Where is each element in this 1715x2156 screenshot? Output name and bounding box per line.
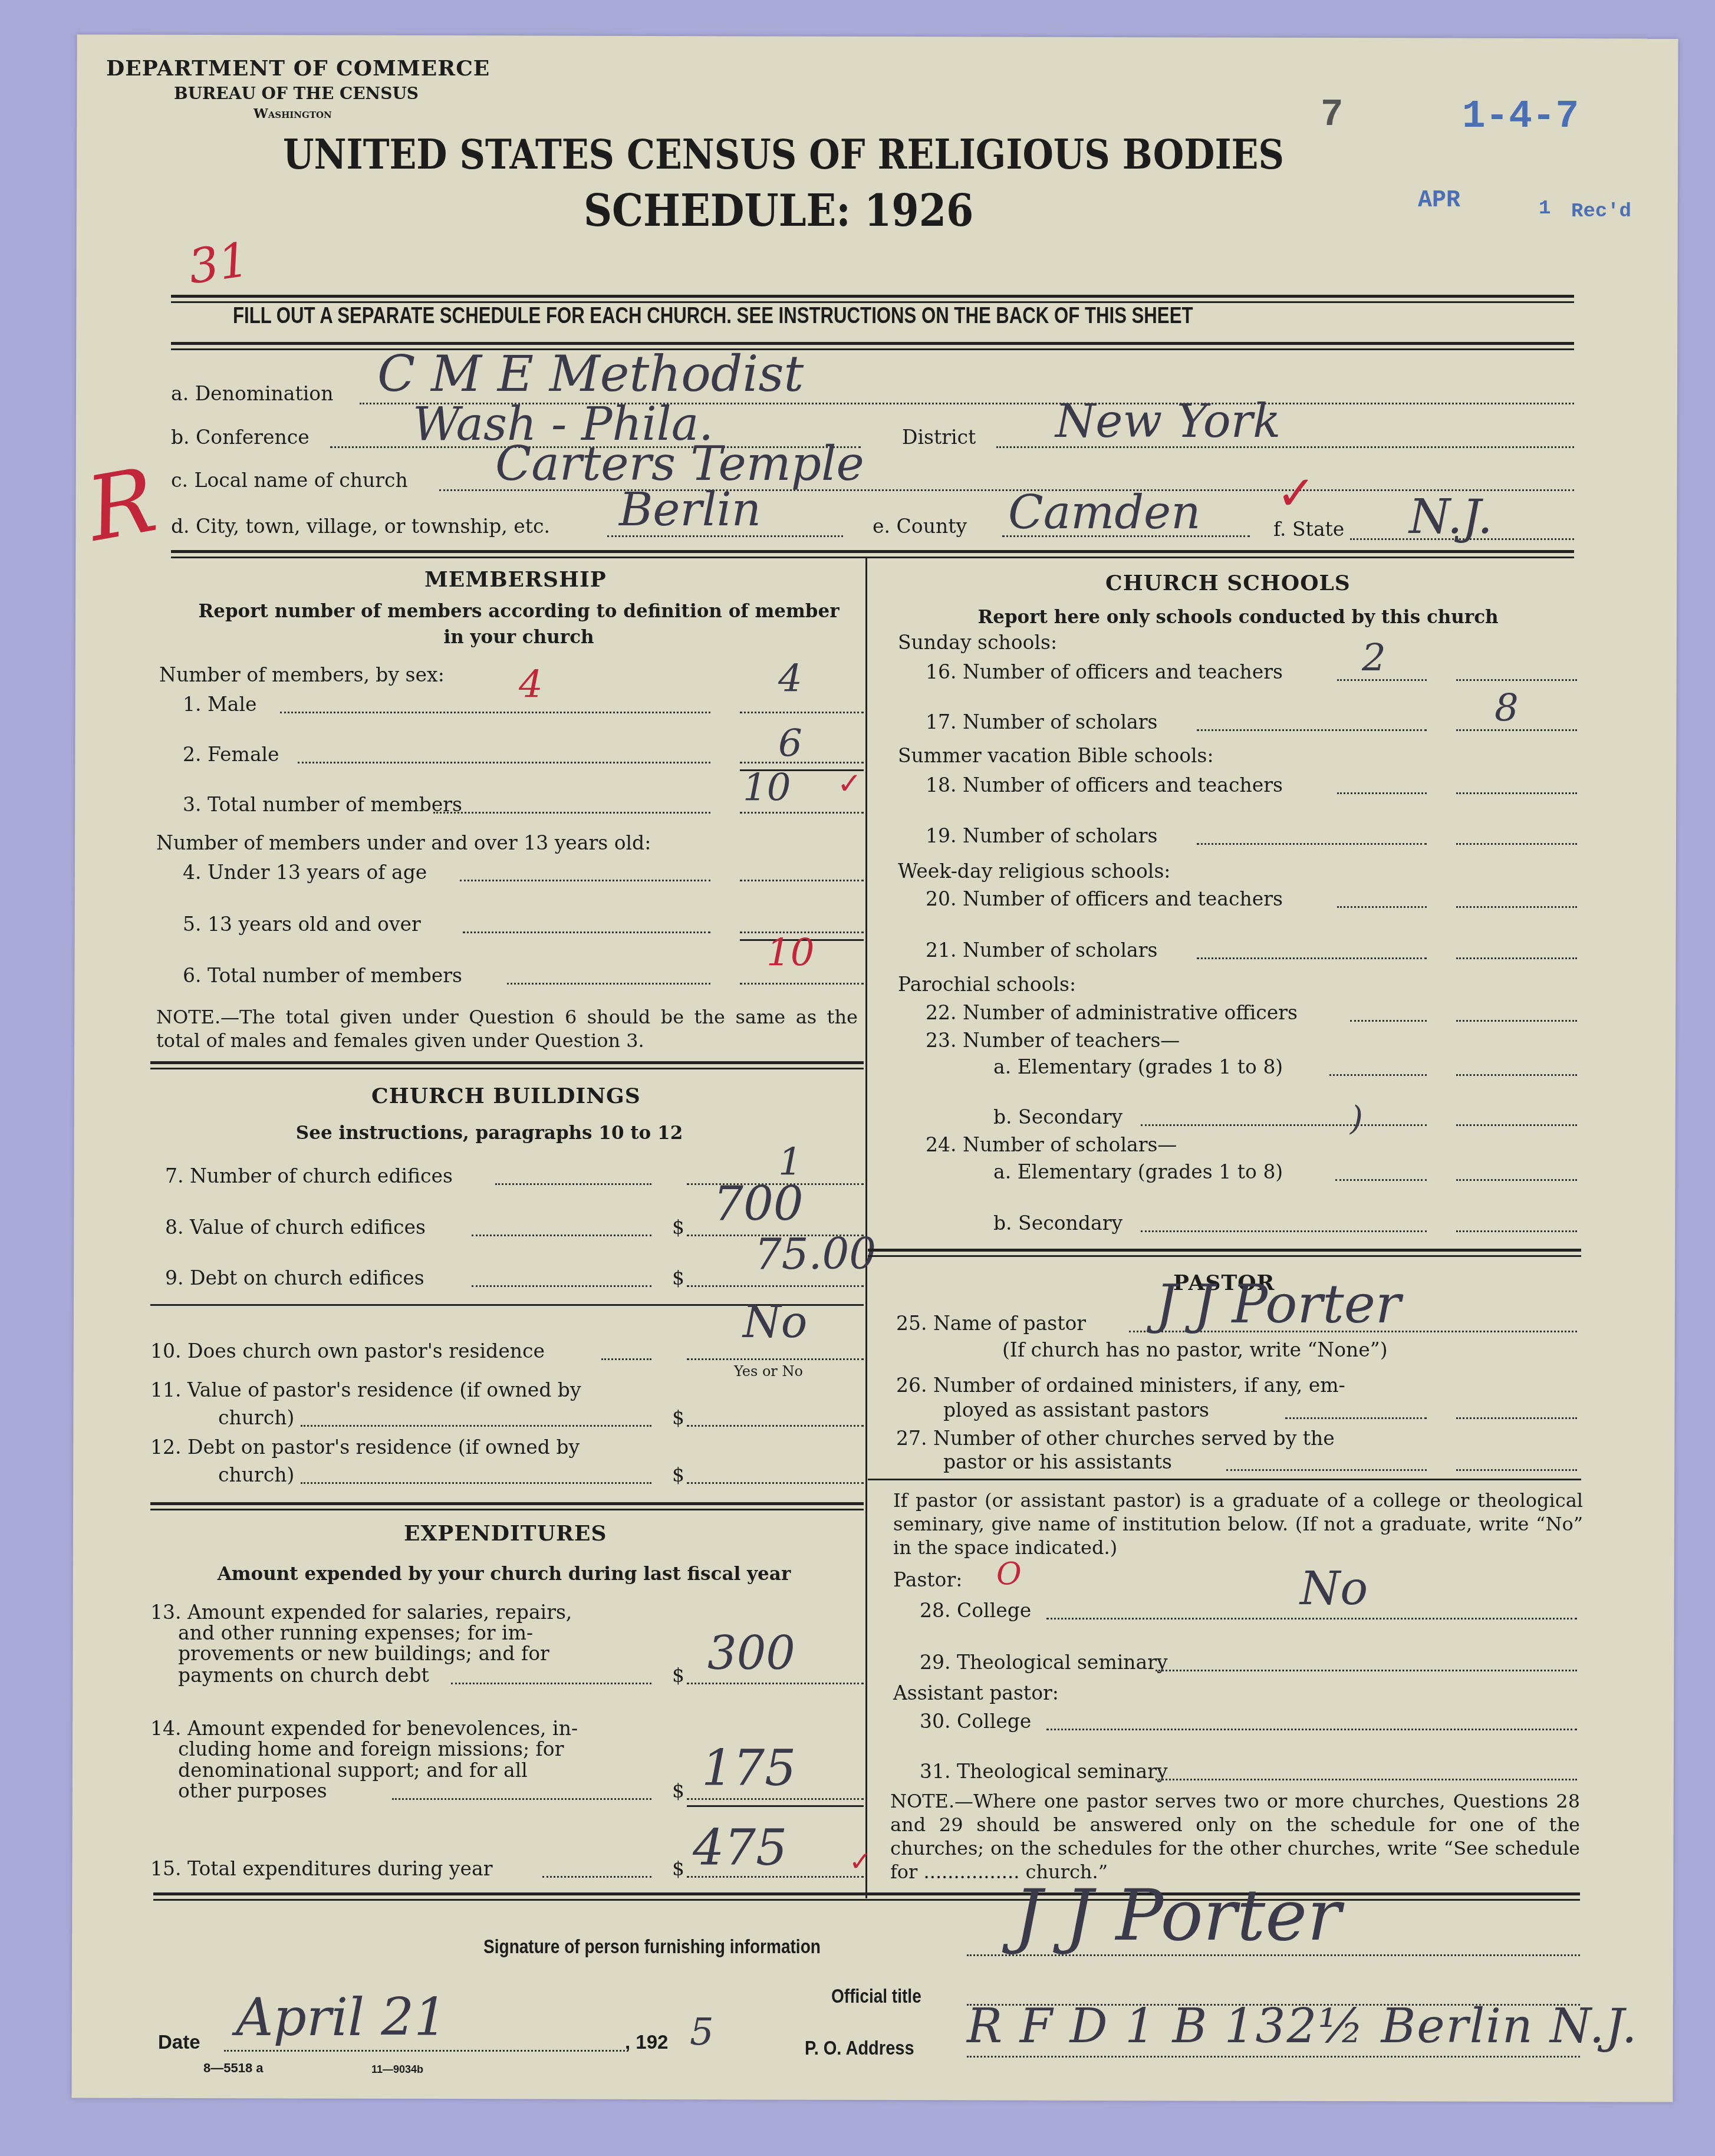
q14-label-line4: other purposes bbox=[178, 1779, 327, 1802]
district-label: District bbox=[902, 426, 976, 449]
q14-leader-line bbox=[392, 1798, 651, 1800]
q30-label: 30. College bbox=[920, 1710, 1031, 1733]
q16-label: 16. Number of officers and teachers bbox=[926, 660, 1283, 683]
q17-sunday-scholars-field[interactable]: 8 bbox=[1495, 687, 1519, 730]
q12-dollar-sign: $ bbox=[672, 1463, 684, 1486]
q23b-label: b. Secondary bbox=[993, 1105, 1123, 1128]
membership-divider bbox=[150, 1061, 864, 1064]
q7-edifices-label: 7. Number of church edifices bbox=[165, 1164, 453, 1187]
q25-hint: (If church has no pastor, write “None”) bbox=[1002, 1338, 1388, 1361]
q10-answer-line bbox=[687, 1358, 864, 1360]
q25-label: 25. Name of pastor bbox=[896, 1312, 1086, 1335]
q26-label-line2: ployed as assistant pastors bbox=[943, 1398, 1209, 1421]
pastor-subdivider bbox=[868, 1479, 1581, 1480]
q31-seminary-field[interactable] bbox=[1156, 1779, 1577, 1780]
buildings-divider bbox=[150, 1502, 864, 1505]
q6-answer-line bbox=[740, 983, 864, 985]
instruction-banner: FILL OUT A SEPARATE SCHEDULE FOR EACH CH… bbox=[233, 304, 1193, 329]
q24a-leader-line bbox=[1335, 1179, 1427, 1181]
q22-admin-officers-field[interactable] bbox=[1456, 1020, 1577, 1022]
received-stamp-day: 1 bbox=[1539, 198, 1551, 220]
sunday-schools-label: Sunday schools: bbox=[898, 631, 1057, 654]
red-circle-mark: O bbox=[996, 1556, 1022, 1592]
q4-under13-field[interactable] bbox=[740, 880, 864, 881]
q12-residence-debt-label: 12. Debt on pastor's residence (if owned… bbox=[150, 1436, 580, 1459]
weekday-schools-label: Week-day religious schools: bbox=[898, 860, 1170, 883]
q3-total-label: 3. Total number of members bbox=[183, 793, 462, 816]
q22-leader-line bbox=[1350, 1020, 1427, 1022]
q10-owns-residence-label: 10. Does church own pastor's residence bbox=[150, 1339, 545, 1362]
stamp-code: 1-4-7 bbox=[1462, 94, 1579, 139]
q23b-secondary-teachers-field[interactable] bbox=[1456, 1124, 1577, 1126]
q1-answer-line bbox=[740, 712, 864, 713]
city-field[interactable]: Berlin bbox=[619, 483, 761, 536]
q23a-leader-line bbox=[1329, 1074, 1427, 1076]
q8-leader-line bbox=[472, 1235, 651, 1236]
q16-answer-line bbox=[1456, 679, 1577, 681]
q23-label: 23. Number of teachers— bbox=[926, 1029, 1180, 1052]
q10-leader-line bbox=[601, 1358, 651, 1360]
q30-college-field[interactable] bbox=[1046, 1729, 1577, 1730]
q9-leader-line bbox=[472, 1285, 651, 1287]
q15-total-label: 15. Total expenditures during year bbox=[150, 1857, 492, 1880]
signature-label: Signature of person furnishing informati… bbox=[483, 1936, 821, 1958]
q13-running-expenses-field[interactable]: 300 bbox=[707, 1627, 795, 1680]
pastor-note: NOTE.—Where one pastor serves two or mor… bbox=[890, 1789, 1580, 1884]
q27-label-line1: 27. Number of other churches served by t… bbox=[896, 1427, 1335, 1450]
q26-label-line1: 26. Number of ordained ministers, if any… bbox=[896, 1374, 1345, 1397]
q4-leader-line bbox=[460, 880, 710, 881]
footer-divider bbox=[153, 1892, 1580, 1895]
form-code-2: 11—9034b bbox=[371, 2063, 423, 2076]
identity-divider bbox=[171, 550, 1574, 553]
q9-answer-line bbox=[687, 1285, 864, 1287]
q13-leader-line bbox=[451, 1683, 651, 1684]
church-buildings-subtitle: See instructions, paragraphs 10 to 12 bbox=[265, 1120, 713, 1146]
state-label: f. State bbox=[1273, 518, 1344, 541]
q28-college-field[interactable]: No bbox=[1300, 1562, 1368, 1615]
q24b-label: b. Secondary bbox=[993, 1212, 1123, 1235]
q21-leader-line bbox=[1197, 957, 1427, 959]
q1-red-correction: 4 bbox=[519, 663, 543, 707]
q6-total-field[interactable]: 10 bbox=[766, 931, 814, 975]
membership-subtitle: Report number of members according to de… bbox=[195, 598, 843, 650]
red-checkmark-icon: ✓ bbox=[837, 766, 862, 801]
city-heading: Washington bbox=[254, 106, 332, 121]
q23b-leader-line bbox=[1141, 1124, 1427, 1126]
q12-residence-debt-field[interactable] bbox=[687, 1482, 864, 1484]
q8-value-label: 8. Value of church edifices bbox=[165, 1216, 426, 1239]
q29-label: 29. Theological seminary bbox=[920, 1651, 1168, 1674]
q20-weekday-officers-field[interactable] bbox=[1456, 906, 1577, 908]
q14-benevolences-field[interactable]: 175 bbox=[702, 1739, 796, 1797]
q21-label: 21. Number of scholars bbox=[926, 939, 1157, 962]
q11-residence-value-label-cont: church) bbox=[218, 1406, 294, 1429]
q12-leader-line bbox=[301, 1482, 651, 1484]
members-by-sex-label: Number of members, by sex: bbox=[159, 663, 445, 686]
church-schools-title: CHURCH SCHOOLS bbox=[1105, 571, 1351, 595]
summer-schools-label: Summer vacation Bible schools: bbox=[898, 744, 1214, 767]
q8-value-field[interactable]: 700 bbox=[713, 1176, 804, 1231]
q1-male-field[interactable]: 4 bbox=[778, 657, 802, 701]
date-label: Date bbox=[158, 2031, 200, 2053]
denomination-field[interactable]: C M E Methodist bbox=[377, 345, 804, 403]
red-file-number: 31 bbox=[185, 232, 252, 294]
q28-label: 28. College bbox=[920, 1599, 1031, 1622]
official-title-label: Official title bbox=[831, 1985, 921, 2007]
q13-answer-line bbox=[687, 1683, 864, 1684]
q14-label-line3: denominational support; and for all bbox=[178, 1759, 528, 1782]
q27-leader-line bbox=[1226, 1469, 1427, 1471]
q4-under13-label: 4. Under 13 years of age bbox=[183, 861, 427, 884]
q8-dollar-sign: $ bbox=[672, 1216, 684, 1239]
q13-label-line4: payments on church debt bbox=[178, 1664, 429, 1687]
q22-label: 22. Number of administrative officers bbox=[926, 1001, 1298, 1024]
q14-label-line2: cluding home and foreign missions; for bbox=[178, 1737, 564, 1760]
q23a-label: a. Elementary (grades 1 to 8) bbox=[993, 1055, 1283, 1078]
q6-leader-line bbox=[507, 983, 710, 985]
form-code-1: 8—5518 a bbox=[203, 2060, 264, 2076]
q1-male-label: 1. Male bbox=[183, 693, 257, 716]
sum-rule bbox=[687, 1805, 864, 1807]
q20-leader-line bbox=[1337, 906, 1427, 908]
q6-total-label: 6. Total number of members bbox=[183, 964, 462, 987]
q11-residence-value-field[interactable] bbox=[687, 1425, 864, 1427]
q24b-secondary-scholars-field[interactable] bbox=[1456, 1230, 1577, 1232]
q18-leader-line bbox=[1337, 792, 1427, 794]
members-by-age-label: Number of members under and over 13 year… bbox=[156, 831, 651, 854]
pastor-education-label: Pastor: bbox=[893, 1568, 962, 1591]
q14-label-line1: 14. Amount expended for benevolences, in… bbox=[150, 1717, 578, 1740]
po-address-label: P. O. Address bbox=[805, 2037, 914, 2059]
received-stamp-month: APR bbox=[1418, 187, 1460, 214]
graduate-instructions: If pastor (or assistant pastor) is a gra… bbox=[893, 1489, 1583, 1559]
q24a-elementary-scholars-field[interactable] bbox=[1456, 1179, 1577, 1181]
q13-dollar-sign: $ bbox=[672, 1664, 684, 1687]
county-label: e. County bbox=[873, 515, 967, 538]
q27-label-line2: pastor or his assistants bbox=[943, 1450, 1172, 1473]
bureau-heading: BUREAU OF THE CENSUS bbox=[174, 84, 419, 103]
q13-label-line3: provements or new buildings; and for bbox=[178, 1642, 549, 1665]
q31-label: 31. Theological seminary bbox=[920, 1760, 1168, 1783]
po-address-field[interactable]: R F D 1 B 132½ Berlin N.J. bbox=[967, 1999, 1638, 2053]
q26-assistant-pastors-field[interactable] bbox=[1456, 1417, 1577, 1419]
q9-debt-label: 9. Debt on church edifices bbox=[165, 1266, 424, 1289]
q16-sunday-officers-field[interactable]: 2 bbox=[1362, 637, 1386, 680]
assistant-pastor-label: Assistant pastor: bbox=[893, 1681, 1059, 1704]
q15-leader-line bbox=[542, 1876, 651, 1878]
header-divider bbox=[171, 295, 1574, 298]
q21-weekday-scholars-field[interactable] bbox=[1456, 957, 1577, 959]
q18-summer-officers-field[interactable] bbox=[1456, 792, 1577, 794]
date-line bbox=[224, 2050, 625, 2052]
q3-leader-line bbox=[433, 812, 710, 814]
q14-dollar-sign: $ bbox=[672, 1779, 684, 1802]
q28-answer-line bbox=[1046, 1618, 1577, 1620]
red-checkmark-icon: ✓ bbox=[1276, 466, 1316, 521]
q26-leader-line bbox=[1285, 1417, 1427, 1419]
q15-total-field[interactable]: 475 bbox=[693, 1819, 787, 1877]
q24-label: 24. Number of scholars— bbox=[926, 1133, 1177, 1156]
year-prefix: , 192 bbox=[625, 2031, 668, 2053]
q5-13-and-over-label: 5. 13 years old and over bbox=[183, 913, 421, 936]
q19-summer-scholars-field[interactable] bbox=[1456, 843, 1577, 845]
church-buildings-title: CHURCH BUILDINGS bbox=[371, 1084, 641, 1108]
q15-dollar-sign: $ bbox=[672, 1857, 684, 1880]
pencil-mark: ) bbox=[1350, 1100, 1363, 1138]
department-heading: DEPARTMENT OF COMMERCE bbox=[106, 56, 490, 81]
membership-note: NOTE.—The total given under Question 6 s… bbox=[156, 1005, 858, 1052]
q18-label: 18. Number of officers and teachers bbox=[926, 773, 1283, 796]
local-name-label: c. Local name of church bbox=[171, 469, 408, 492]
church-schools-subtitle: Report here only schools conducted by th… bbox=[896, 604, 1580, 630]
column-divider bbox=[865, 557, 867, 1898]
q13-label-line1: 13. Amount expended for salaries, repair… bbox=[150, 1601, 572, 1624]
year-suffix-field[interactable]: 5 bbox=[690, 2010, 714, 2054]
expenditures-title: EXPENDITURES bbox=[404, 1521, 607, 1546]
schools-divider bbox=[868, 1249, 1581, 1252]
denomination-label: a. Denomination bbox=[171, 382, 333, 405]
q2-female-label: 2. Female bbox=[183, 743, 279, 766]
q3-total-field[interactable]: 10 bbox=[743, 766, 791, 810]
q9-debt-field[interactable]: 75.00 bbox=[755, 1229, 876, 1279]
state-field[interactable]: N.J. bbox=[1409, 489, 1493, 544]
q24a-label: a. Elementary (grades 1 to 8) bbox=[993, 1160, 1283, 1183]
conference-label: b. Conference bbox=[171, 426, 310, 449]
q12-residence-debt-label-cont: church) bbox=[218, 1463, 294, 1486]
city-label: d. City, town, village, or township, etc… bbox=[171, 515, 550, 538]
q29-seminary-field[interactable] bbox=[1156, 1670, 1577, 1671]
q13-label-line2: and other running expenses; for im- bbox=[178, 1621, 533, 1644]
form-title: UNITED STATES CENSUS OF RELIGIOUS BODIES bbox=[283, 130, 1284, 179]
signature-field[interactable]: J J Porter bbox=[1014, 1875, 1341, 1957]
membership-title: MEMBERSHIP bbox=[424, 567, 607, 592]
district-field[interactable]: New York bbox=[1055, 395, 1281, 448]
q9-dollar-sign: $ bbox=[672, 1266, 684, 1289]
received-stamp-label: Rec'd bbox=[1571, 200, 1631, 223]
q17-leader-line bbox=[1197, 729, 1427, 731]
yes-or-no-hint: Yes or No bbox=[734, 1363, 803, 1380]
q19-leader-line bbox=[1197, 843, 1427, 845]
q10-owns-residence-field[interactable]: No bbox=[743, 1297, 807, 1348]
q3-answer-line bbox=[740, 812, 864, 814]
q2-leader-line bbox=[298, 762, 710, 763]
po-address-line bbox=[967, 2056, 1580, 2058]
q1-leader-line bbox=[280, 712, 710, 713]
date-field[interactable]: April 21 bbox=[236, 1987, 447, 2048]
q11-residence-value-label: 11. Value of pastor's residence (if owne… bbox=[150, 1378, 581, 1401]
expenditures-subtitle: Amount expended by your church during la… bbox=[177, 1561, 831, 1587]
q27-other-churches-field[interactable] bbox=[1456, 1469, 1577, 1471]
q23a-elementary-teachers-field[interactable] bbox=[1456, 1074, 1577, 1076]
q24b-leader-line bbox=[1141, 1230, 1427, 1232]
q2-female-field[interactable]: 6 bbox=[778, 722, 802, 766]
red-checkmark-icon: ✓ bbox=[849, 1845, 872, 1877]
q5-leader-line bbox=[463, 931, 710, 933]
county-field[interactable]: Camden bbox=[1008, 486, 1200, 539]
q17-label: 17. Number of scholars bbox=[926, 710, 1157, 733]
q7-leader-line bbox=[495, 1183, 651, 1185]
q11-dollar-sign: $ bbox=[672, 1406, 684, 1429]
q25-pastor-name-field[interactable]: J J Porter bbox=[1156, 1273, 1401, 1335]
stamp-number: 7 bbox=[1321, 94, 1343, 137]
q19-label: 19. Number of scholars bbox=[926, 824, 1157, 847]
parochial-schools-label: Parochial schools: bbox=[898, 973, 1076, 996]
q11-leader-line bbox=[301, 1425, 651, 1427]
q14-answer-line bbox=[687, 1798, 864, 1800]
q20-label: 20. Number of officers and teachers bbox=[926, 887, 1283, 910]
schedule-year-title: SCHEDULE: 1926 bbox=[584, 186, 973, 236]
